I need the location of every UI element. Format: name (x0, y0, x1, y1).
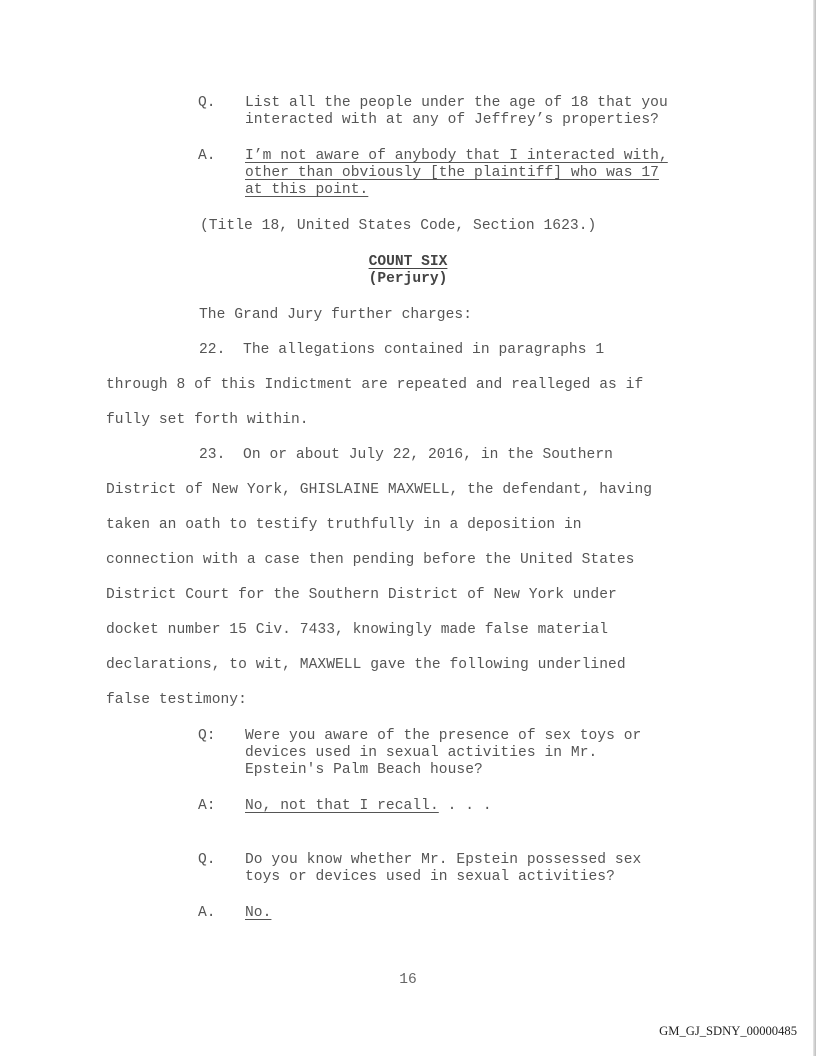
answer-label: A: (198, 797, 216, 815)
answer-line-underlined: other than obviously [the plaintiff] who… (245, 164, 659, 182)
question-label: Q. (198, 851, 216, 869)
paragraph-line: 22. The allegations contained in paragra… (199, 341, 604, 359)
paragraph-line: fully set forth within. (106, 411, 309, 429)
paragraph-line: 23. On or about July 22, 2016, in the So… (199, 446, 613, 464)
page-number: 16 (0, 972, 816, 988)
answer-underlined: No, not that I recall. (245, 798, 439, 814)
paragraph-line: taken an oath to testify truthfully in a… (106, 516, 582, 534)
paragraph-line: connection with a case then pending befo… (106, 551, 634, 569)
answer-label: A. (198, 904, 216, 922)
question-label: Q. (198, 94, 216, 112)
paragraph-line: declarations, to wit, MAXWELL gave the f… (106, 656, 626, 674)
question-line: Do you know whether Mr. Epstein possesse… (245, 851, 641, 869)
paragraph-line: false testimony: (106, 691, 247, 709)
question-line: toys or devices used in sexual activitie… (245, 868, 615, 886)
question-line: Epstein's Palm Beach house? (245, 761, 483, 779)
paragraph-line: District Court for the Southern District… (106, 586, 617, 604)
paragraph-line: District of New York, GHISLAINE MAXWELL,… (106, 481, 652, 499)
question-line: devices used in sexual activities in Mr. (245, 744, 597, 762)
paragraph-line: docket number 15 Civ. 7433, knowingly ma… (106, 621, 608, 639)
answer-line-underlined: I’m not aware of anybody that I interact… (245, 147, 668, 165)
question-line: interacted with at any of Jeffrey’s prop… (245, 111, 659, 129)
question-line: List all the people under the age of 18 … (245, 94, 668, 112)
bates-number: GM_GJ_SDNY_00000485 (659, 1024, 797, 1039)
answer-line-underlined: No. (245, 904, 271, 922)
question-line: Were you aware of the presence of sex to… (245, 727, 641, 745)
answer-line: No, not that I recall. . . . (245, 797, 492, 815)
question-label: Q: (198, 727, 216, 745)
answer-label: A. (198, 147, 216, 165)
statute-citation: (Title 18, United States Code, Section 1… (200, 217, 596, 235)
answer-trailing: . . . (439, 798, 492, 814)
paragraph-line: through 8 of this Indictment are repeate… (106, 376, 643, 394)
count-title: COUNT SIX (0, 253, 816, 271)
intro-text: The Grand Jury further charges: (199, 306, 472, 324)
answer-line-underlined: at this point. (245, 181, 368, 199)
count-subtitle: (Perjury) (0, 270, 816, 288)
